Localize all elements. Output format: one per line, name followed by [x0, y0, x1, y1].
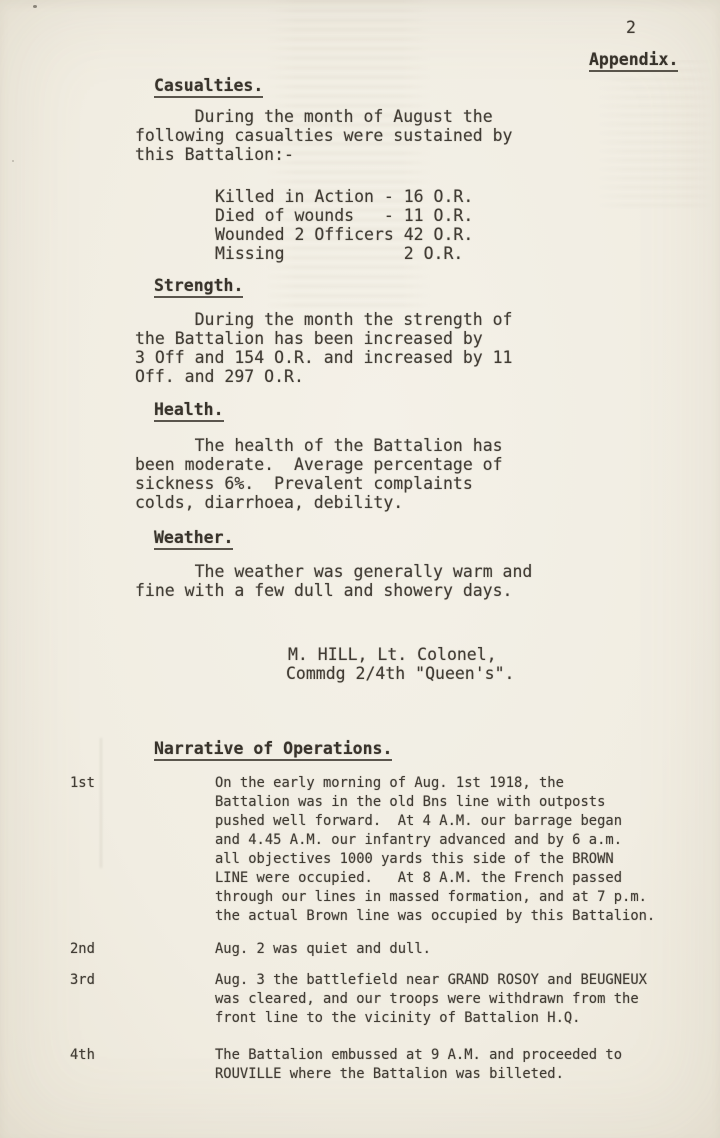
- document-page: 2 Appendix. Casualties. During the month…: [0, 0, 720, 1138]
- narrative-entry-day: 3rd: [70, 971, 95, 990]
- weather-paragraph: The weather was generally warm and fine …: [135, 562, 532, 600]
- narrative-entry-day: 2nd: [70, 940, 95, 959]
- weather-heading: Weather.: [154, 528, 233, 550]
- signature-name-line: M. HILL, Lt. Colonel,: [288, 645, 497, 664]
- narrative-heading-wrap: Narrative of Operations.: [154, 739, 392, 761]
- casualties-paragraph: During the month of August the following…: [135, 107, 513, 164]
- strength-paragraph: During the month the strength of the Bat…: [135, 310, 513, 386]
- ink-speck: [12, 160, 14, 162]
- narrative-entry-text: Aug. 2 was quiet and dull.: [215, 940, 431, 959]
- weather-heading-wrap: Weather.: [154, 528, 233, 550]
- show-through-texture-right: [596, 60, 716, 210]
- paper-crease: [100, 738, 102, 868]
- casualties-list: Killed in Action - 16 O.R. Died of wound…: [215, 187, 473, 263]
- strength-heading-wrap: Strength.: [154, 276, 243, 298]
- narrative-entry-day: 4th: [70, 1046, 95, 1065]
- narrative-entry-day: 1st: [70, 774, 95, 793]
- casualties-heading: Casualties.: [154, 76, 263, 98]
- narrative-entry-text: The Battalion embussed at 9 A.M. and pro…: [215, 1046, 622, 1084]
- appendix-heading-wrap: Appendix.: [589, 50, 678, 72]
- narrative-entry-text: On the early morning of Aug. 1st 1918, t…: [215, 774, 655, 926]
- casualties-heading-wrap: Casualties.: [154, 76, 263, 98]
- appendix-heading: Appendix.: [589, 50, 678, 72]
- page-number: 2: [626, 18, 636, 37]
- strength-heading: Strength.: [154, 276, 243, 298]
- health-heading-wrap: Health.: [154, 400, 224, 422]
- health-heading: Health.: [154, 400, 224, 422]
- signature-command-line: Commdg 2/4th "Queen's".: [286, 664, 514, 683]
- ink-speck: [33, 5, 37, 8]
- narrative-heading: Narrative of Operations.: [154, 739, 392, 761]
- narrative-entry-text: Aug. 3 the battlefield near GRAND ROSOY …: [215, 971, 647, 1028]
- health-paragraph: The health of the Battalion has been mod…: [135, 436, 503, 512]
